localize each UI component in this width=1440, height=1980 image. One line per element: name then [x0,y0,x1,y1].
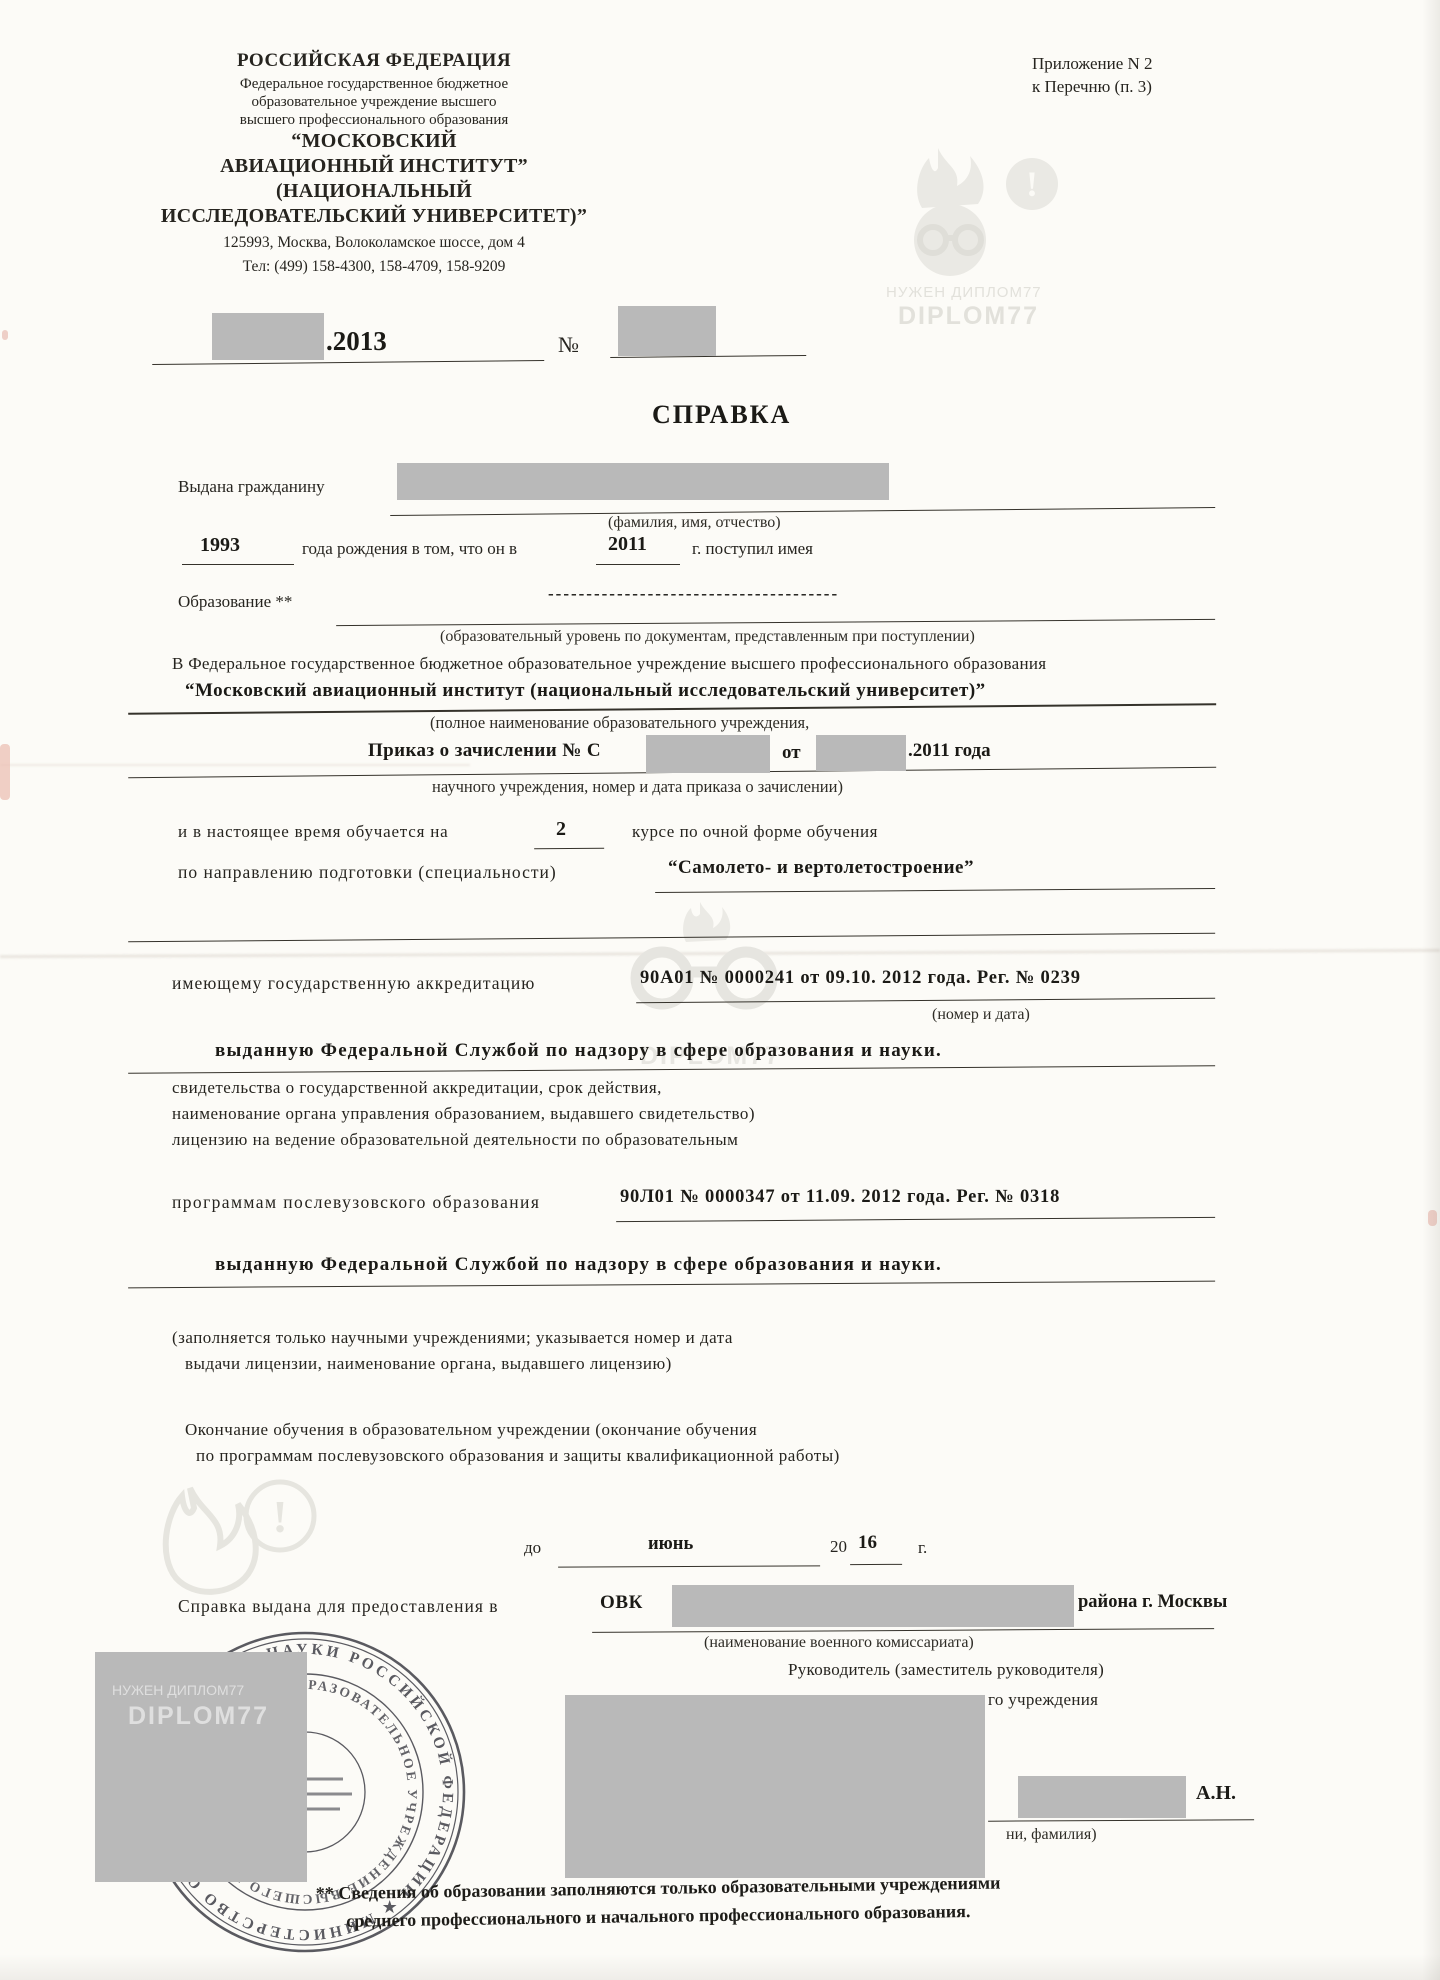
letterhead-phone: Тел: (499) 158-4300, 158-4709, 158-9209 [128,257,620,277]
letterhead-org-name: (НАЦИОНАЛЬНЫЙ [128,179,620,204]
license-note: (заполняется только научными учреждениям… [172,1328,733,1348]
redaction-signature-name [1018,1776,1186,1818]
scan-edge-shade [1422,0,1440,1980]
letterhead-type-line: Федеральное государственное бюджетное [128,75,620,93]
specialty-label: по направлению подготовки (специальности… [178,862,557,883]
license-label: программам послевузовского образования [172,1192,540,1213]
accreditation-caption: (номер и дата) [932,1006,1030,1024]
signatory-title-line: го учреждения [988,1690,1098,1710]
specialty-underline [655,846,1215,893]
education-caption: (образовательный уровень по документам, … [440,628,975,646]
document-title: СПРАВКА [652,400,791,430]
course-prefix: и в настоящее время обучается на [178,822,448,842]
letterhead: РОССИЙСКАЯ ФЕДЕРАЦИЯ Федеральное государ… [128,50,620,277]
license-underline [616,1175,1215,1222]
accreditation-note: лицензию на ведение образовательной деят… [172,1130,738,1150]
birth-year-underline [182,520,294,565]
letterhead-country: РОССИЙСКАЯ ФЕДЕРАЦИЯ [128,50,620,72]
until-year-prefix: 20 [830,1537,847,1557]
signatory-title-line: Руководитель (заместитель руководителя) [788,1660,1104,1680]
flame-icon [166,1488,256,1592]
watermark-mascot-icon: ! [876,140,1076,300]
license-note: выдачи лицензии, наименование органа, вы… [185,1354,672,1374]
redaction-order-number [646,735,770,773]
until-label: до [524,1538,541,1558]
signature-caption: ни, фамилия) [1006,1826,1097,1844]
scan-edge-shade [0,1954,1440,1980]
accreditation-label: имеющему государственную аккредитацию [172,973,535,994]
issued-by-underline [128,1023,1215,1074]
purpose-prefix: Справка выдана для предоставления в [178,1596,499,1617]
letterhead-org-name: “МОСКОВСКИЙ [128,129,620,154]
bang-glyph: ! [272,1491,287,1542]
redaction-fio [397,463,889,500]
blank-underline [128,891,1215,943]
until-month: июнь [648,1534,693,1555]
purpose-caption: (наименование военного комиссариата) [704,1634,974,1652]
watermark-brand-text: DIPLOM77 [128,1702,269,1731]
ref-year: .2013 [326,326,387,357]
redaction-signature-area [565,1695,985,1878]
ref-number-sign: № [558,332,579,358]
accreditation-note: свидетельства о государственной аккредит… [172,1078,662,1098]
flame-icon [917,148,983,208]
watermark-need-diploma-text: НУЖЕН ДИПЛОМ77 [886,284,1042,301]
until-suffix: г. [918,1538,927,1558]
letterhead-org-name: АВИАЦИОННЫЙ ИНСТИТУТ” [128,154,620,179]
letterhead-type-line: высшего профессионального образования [128,111,620,129]
issued-by-underline [128,1239,1215,1289]
annex-line: Приложение N 2 [1032,52,1153,75]
education-label: Образование ** [178,592,292,612]
until-year-underline [850,1522,902,1565]
birth-tail-text: г. поступил имея [692,539,813,559]
completion-note: по программам послевузовского образовани… [196,1446,840,1466]
annex-reference: Приложение N 2 к Перечню (п. 3) [1032,52,1153,98]
course-tail: курсе по очной форме обучения [632,822,878,842]
redaction-order-date [816,735,906,771]
redaction-date [212,313,324,360]
accreditation-underline [636,956,1215,1004]
watermark-need-diploma-text: НУЖЕН ДИПЛОМ77 [112,1682,244,1698]
education-underline [336,577,1215,626]
course-number-underline [534,806,604,849]
accreditation-note: наименование органа управления образован… [172,1104,755,1124]
order-caption: научного учреждения, номер и дата приказ… [432,777,843,797]
issued-to-label: Выдана гражданину [178,477,325,497]
letterhead-org-name: ИССЛЕДОВАТЕЛЬСКИЙ УНИВЕРСИТЕТ)” [128,204,620,229]
letterhead-type-line: образовательное учреждение высшего [128,93,620,111]
watermark-brand-text: DIPLOM77 [898,302,1039,331]
watermark-flame-icon: ! [128,1468,328,1648]
scanned-certificate-page: ! НУЖЕН ДИПЛОМ77 DIPLOM77 DIPLOM77 ! [0,0,1440,1980]
letterhead-address: 125993, Москва, Волоколамское шоссе, дом… [128,233,620,253]
birth-middle-text: года рождения в том, что он в [302,539,517,559]
admission-year-underline [596,520,680,565]
scan-pink-mark [0,744,10,800]
redaction-ref-number [618,306,716,356]
bang-glyph: ! [1026,164,1038,204]
annex-line: к Перечню (п. 3) [1032,75,1153,98]
redaction-commissariat [672,1585,1074,1627]
completion-note: Окончание обучения в образовательном учр… [185,1420,757,1440]
institution-underline [128,661,1216,714]
scan-pink-mark [2,330,8,340]
